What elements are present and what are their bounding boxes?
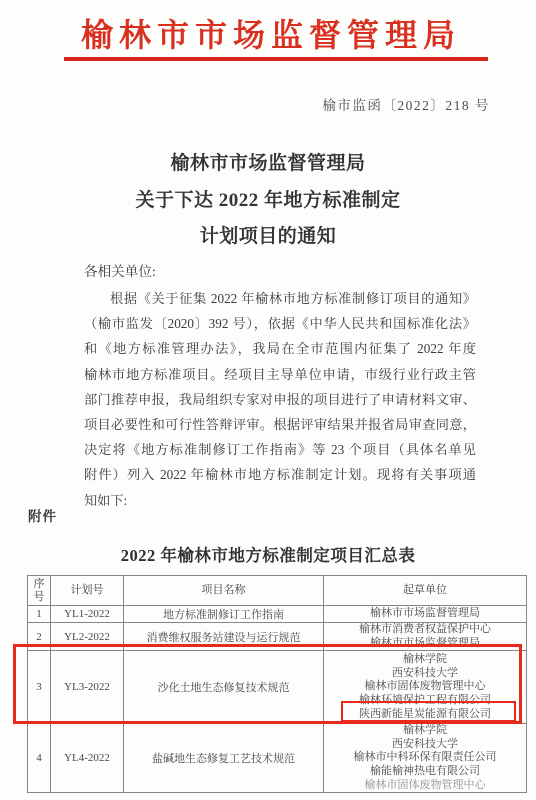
drafting-unit: 榆林学院 [325,653,525,667]
table-row: 2YL2-2022消费维权服务站建设与运行规范榆林市消费者权益保护中心榆林市市场… [28,623,527,651]
cell-drafting-units: 榆林市市场监督管理局 [324,606,527,623]
table-row: 3YL3-2022沙化土地生态修复技术规范榆林学院西安科技大学榆林市固体废物管理… [28,651,527,724]
cell-plan-number: YL2-2022 [51,623,124,651]
drafting-unit: 榆林市消费者权益保护中心 [325,623,525,637]
column-header: 计划号 [51,576,124,606]
document-number: 榆市监函〔2022〕218 号 [322,94,490,114]
column-header: 序号 [28,576,51,606]
scanned-document-page: 榆林市市场监督管理局 榆市监函〔2022〕218 号 榆林市市场监督管理局关于下… [0,0,536,800]
cell-plan-number: YL3-2022 [51,651,124,724]
body-line: 决定将《地方标准制修订工作指南》等 23 个项目（具体名单见 [84,437,476,462]
drafting-unit: 榆林学院 [325,724,525,738]
cell-drafting-units: 榆林市消费者权益保护中心榆林市市场监督管理局 [324,623,527,651]
cell-drafting-units: 榆林学院西安科技大学榆林市固体废物管理中心榆林环境保护工程有限公司陕西新能星炭能… [324,651,527,724]
drafting-unit: 榆林市市场监督管理局 [325,607,525,621]
drafting-unit: 榆林市市场监督管理局 [325,637,525,651]
body-line: 附件）列入 2022 年榆林市地方标准制定计划。现将有关事项通 [84,462,476,487]
doc-title-line: 计划项目的通知 [0,219,536,256]
table-title: 2022 年榆林市地方标准制定项目汇总表 [0,542,536,566]
cell-serial-number: 3 [28,651,51,724]
cell-serial-number: 1 [28,606,51,623]
cell-serial-number: 4 [28,724,51,793]
cell-serial-number: 2 [28,623,51,651]
cell-plan-number: YL4-2022 [51,724,124,793]
table-header-row: 序号计划号项目名称起草单位 [28,576,527,606]
drafting-unit: 榆林市中科环保有限责任公司 [325,751,525,765]
document-title: 榆林市市场监督管理局关于下达 2022 年地方标准制定计划项目的通知 [0,146,536,256]
doc-title-line: 关于下达 2022 年地方标准制定 [0,183,536,220]
column-header: 起草单位 [324,576,527,606]
red-header-rule [64,57,488,61]
drafting-unit: 榆林市固体废物管理中心 [325,680,525,694]
body-line: 根据《关于征集 2022 年榆林市地方标准制修订项目的通知》 [84,286,476,311]
body-line: 知如下: [84,488,476,513]
drafting-unit: 西安科技大学 [325,738,525,752]
drafting-unit: 榆能榆神热电有限公司 [325,765,525,779]
body-paragraph: 根据《关于征集 2022 年榆林市地方标准制修订项目的通知》（榆市监发〔2020… [84,286,476,513]
body-line: 部门推荐申报，我局组织专家对申报的项目进行了申请材料文审、 [84,387,476,412]
body-line: 榆林市地方标准项目。经项目主导单位申请，市级行业行政主管 [84,362,476,387]
body-line: 和《地方标准管理办法》，我局在全市范围内征集了 2022 年度 [84,336,476,361]
agency-header-title: 榆林市市场监督管理局 [0,13,536,57]
column-header: 项目名称 [124,576,324,606]
drafting-unit: 榆林市固体废物管理中心 [325,779,525,793]
salutation: 各相关单位: [84,260,156,280]
cell-drafting-units: 榆林学院西安科技大学榆林市中科环保有限责任公司榆能榆神热电有限公司榆林市固体废物… [324,724,527,793]
projects-summary-table: 序号计划号项目名称起草单位 1YL1-2022地方标准制修订工作指南榆林市市场监… [27,575,527,793]
table-row: 1YL1-2022地方标准制修订工作指南榆林市市场监督管理局 [28,606,527,623]
drafting-unit: 西安科技大学 [325,667,525,681]
cell-project-name: 盐碱地生态修复工艺技术规范 [124,724,324,793]
doc-title-line: 榆林市市场监督管理局 [0,146,536,183]
drafting-unit: 榆林环境保护工程有限公司 [325,694,525,708]
body-line: 项目必要性和可行性答辩评审。根据评审结果并报省局审查同意， [84,412,476,437]
cell-project-name: 地方标准制修订工作指南 [124,606,324,623]
body-line: （榆市监发〔2020〕392 号），依据《中华人民共和国标准化法》 [84,311,476,336]
attachment-label: 附件 [28,505,57,525]
table-row: 4YL4-2022盐碱地生态修复工艺技术规范榆林学院西安科技大学榆林市中科环保有… [28,724,527,793]
drafting-unit: 陕西新能星炭能源有限公司 [325,708,525,722]
cell-project-name: 沙化土地生态修复技术规范 [124,651,324,724]
cell-project-name: 消费维权服务站建设与运行规范 [124,623,324,651]
cell-plan-number: YL1-2022 [51,606,124,623]
